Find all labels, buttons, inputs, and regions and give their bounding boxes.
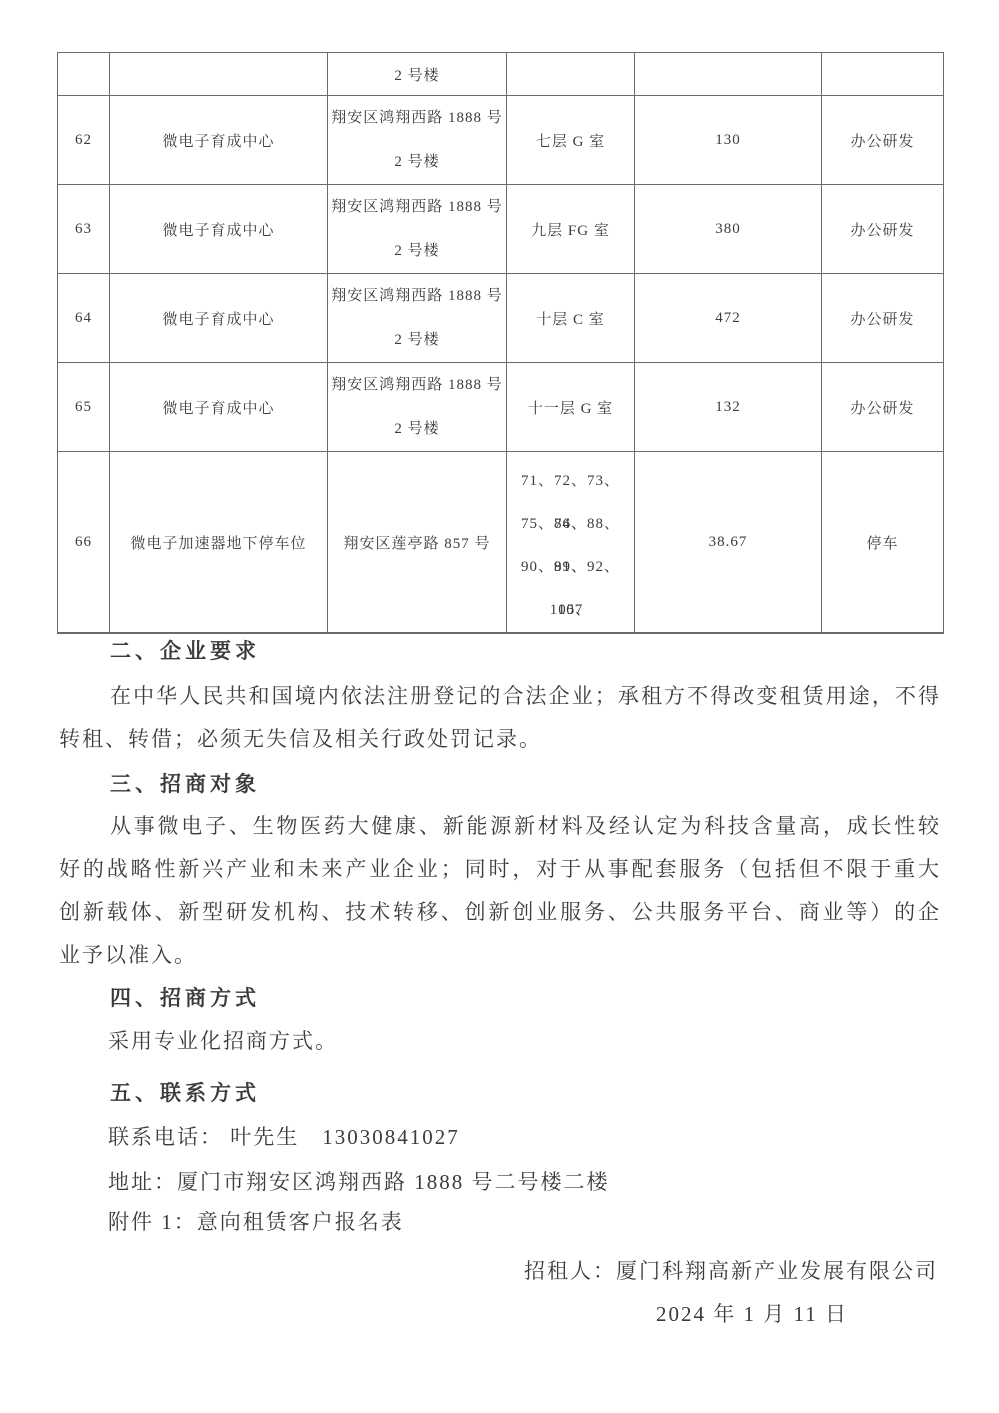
paragraph-line: 好的战略性新兴产业和未来产业企业；同时，对于从事配套服务（包括但不限于重大 — [59, 856, 941, 882]
room-number-line: 71、72、73、74、 — [507, 460, 634, 503]
cell-name: 微电子育成中心 — [110, 185, 328, 274]
room-number-line: 90、91、92、105、 — [507, 546, 634, 589]
cell-name: 微电子育成中心 — [110, 96, 328, 185]
cell-room: 七层 G 室 — [507, 96, 635, 185]
cell-address: 2 号楼 — [328, 53, 507, 96]
cell-area: 380 — [635, 185, 822, 274]
address-line: 翔安区鸿翔西路 1888 号 — [328, 185, 506, 229]
cell-room: 九层 FG 室 — [507, 185, 635, 274]
room-number-line: 75、86、88、89、 — [507, 503, 634, 546]
section-heading-target-enterprises: 三、招商对象 — [110, 771, 260, 797]
cell-room: 71、72、73、74、 75、86、88、89、 90、91、92、105、 … — [507, 452, 635, 634]
section-heading-contact-info: 五、联系方式 — [110, 1080, 260, 1106]
paragraph-line: 业予以准入。 — [59, 942, 941, 968]
section-heading-enterprise-requirements: 二、企业要求 — [110, 638, 260, 664]
attachment-line: 附件 1：意向租赁客户报名表 — [108, 1209, 404, 1235]
cell-no: 65 — [58, 363, 110, 452]
address-line: 2 号楼 — [328, 407, 506, 451]
contact-phone-line: 联系电话： 叶先生 13030841027 — [108, 1124, 460, 1150]
address-line: 翔安区鸿翔西路 1888 号 — [328, 363, 506, 407]
address-line: 2 号楼 — [328, 140, 506, 184]
cell-area: 472 — [635, 274, 822, 363]
cell-no: 62 — [58, 96, 110, 185]
cell-address: 翔安区鸿翔西路 1888 号 2 号楼 — [328, 185, 507, 274]
cell-address: 翔安区鸿翔西路 1888 号 2 号楼 — [328, 274, 507, 363]
rental-units-table: 2 号楼 62 微电子育成中心 翔安区鸿翔西路 1888 号 2 号楼 七层 G… — [57, 52, 944, 634]
cell-room: 十层 C 室 — [507, 274, 635, 363]
lessor-signature-line: 招租人：厦门科翔高新产业发展有限公司 — [59, 1258, 941, 1284]
paragraph-line: 采用专业化招商方式。 — [108, 1028, 338, 1054]
contact-address-line: 地址：厦门市翔安区鸿翔西路 1888 号二号楼二楼 — [108, 1169, 610, 1195]
table-row: 64 微电子育成中心 翔安区鸿翔西路 1888 号 2 号楼 十层 C 室 47… — [58, 274, 944, 363]
paragraph-line: 创新载体、新型研发机构、技术转移、创新创业服务、公共服务平台、商业等）的企 — [59, 899, 941, 925]
table-row: 65 微电子育成中心 翔安区鸿翔西路 1888 号 2 号楼 十一层 G 室 1… — [58, 363, 944, 452]
cell-name: 微电子加速器地下停车位 — [110, 452, 328, 634]
cell-area — [635, 53, 822, 96]
cell-address: 翔安区莲亭路 857 号 — [328, 452, 507, 634]
cell-area: 130 — [635, 96, 822, 185]
cell-use: 办公研发 — [822, 185, 944, 274]
cell-area: 132 — [635, 363, 822, 452]
cell-room: 十一层 G 室 — [507, 363, 635, 452]
section-heading-leasing-method: 四、招商方式 — [110, 985, 260, 1011]
cell-use: 办公研发 — [822, 274, 944, 363]
cell-use — [822, 53, 944, 96]
paragraph-line: 从事微电子、生物医药大健康、新能源新材料及经认定为科技含量高，成长性较 — [59, 813, 941, 839]
cell-address: 翔安区鸿翔西路 1888 号 2 号楼 — [328, 96, 507, 185]
address-line: 翔安区鸿翔西路 1888 号 — [328, 96, 506, 140]
cell-area: 38.67 — [635, 452, 822, 634]
cell-no — [58, 53, 110, 96]
document-page: 2 号楼 62 微电子育成中心 翔安区鸿翔西路 1888 号 2 号楼 七层 G… — [0, 0, 999, 1413]
cell-name: 微电子育成中心 — [110, 274, 328, 363]
cell-name: 微电子育成中心 — [110, 363, 328, 452]
cell-no: 64 — [58, 274, 110, 363]
cell-no: 66 — [58, 452, 110, 634]
cell-no: 63 — [58, 185, 110, 274]
cell-use: 办公研发 — [822, 363, 944, 452]
table-row: 62 微电子育成中心 翔安区鸿翔西路 1888 号 2 号楼 七层 G 室 13… — [58, 96, 944, 185]
room-number-line: 107 — [507, 589, 634, 632]
paragraph-line: 在中华人民共和国境内依法注册登记的合法企业；承租方不得改变租赁用途，不得 — [59, 683, 941, 709]
cell-use: 停车 — [822, 452, 944, 634]
cell-room — [507, 53, 635, 96]
cell-name — [110, 53, 328, 96]
cell-address: 翔安区鸿翔西路 1888 号 2 号楼 — [328, 363, 507, 452]
date-line: 2024 年 1 月 11 日 — [59, 1301, 941, 1327]
cell-use: 办公研发 — [822, 96, 944, 185]
table-row-carryover: 2 号楼 — [58, 53, 944, 96]
paragraph-line: 转租、转借；必须无失信及相关行政处罚记录。 — [59, 726, 941, 752]
table-row: 66 微电子加速器地下停车位 翔安区莲亭路 857 号 71、72、73、74、… — [58, 452, 944, 634]
address-line: 翔安区鸿翔西路 1888 号 — [328, 274, 506, 318]
address-line: 2 号楼 — [328, 229, 506, 273]
table-row: 63 微电子育成中心 翔安区鸿翔西路 1888 号 2 号楼 九层 FG 室 3… — [58, 185, 944, 274]
address-line: 2 号楼 — [328, 318, 506, 362]
